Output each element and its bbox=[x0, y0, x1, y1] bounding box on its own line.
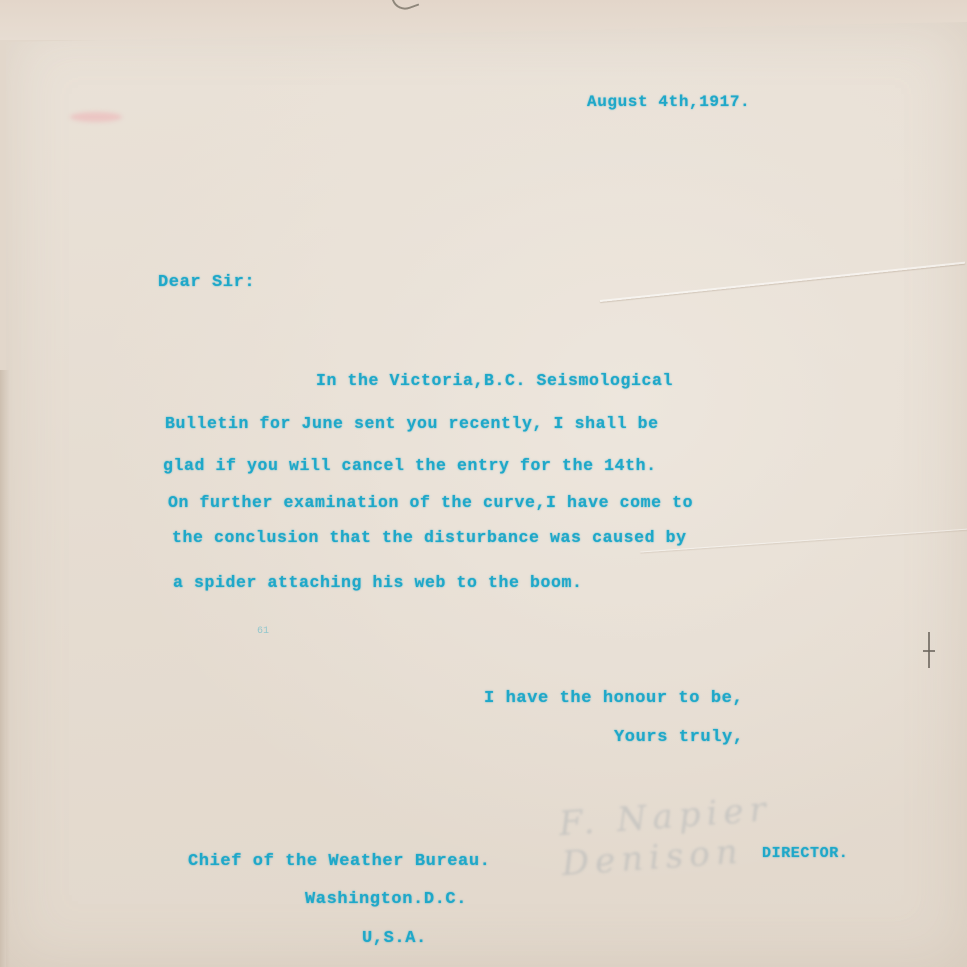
salutation: Dear Sir: bbox=[158, 274, 255, 291]
body-line: the conclusion that the disturbance was … bbox=[172, 530, 687, 547]
pencil-cross-mark-icon bbox=[921, 632, 937, 668]
signer-title: DIRECTOR. bbox=[762, 846, 848, 861]
body-line: In the Victoria,B.C. Seismological bbox=[316, 373, 673, 390]
body-line: On further examination of the curve,I ha… bbox=[168, 495, 693, 512]
page-edge-shadow bbox=[0, 370, 10, 967]
closing-line: Yours truly, bbox=[614, 729, 744, 746]
body-line: Bulletin for June sent you recently, I s… bbox=[165, 416, 659, 433]
addressee-line: Chief of the Weather Bureau. bbox=[188, 853, 490, 870]
body-line: glad if you will cancel the entry for th… bbox=[163, 458, 657, 475]
body-line: a spider attaching his web to the boom. bbox=[173, 575, 583, 592]
addressee-line: U,S.A. bbox=[362, 930, 427, 947]
addressee-line: Washington.D.C. bbox=[305, 891, 467, 908]
stray-ink-mark: 61 bbox=[257, 626, 269, 637]
pink-stain bbox=[70, 112, 122, 122]
letter-date: August 4th,1917. bbox=[587, 94, 750, 110]
closing-line: I have the honour to be, bbox=[484, 690, 743, 707]
